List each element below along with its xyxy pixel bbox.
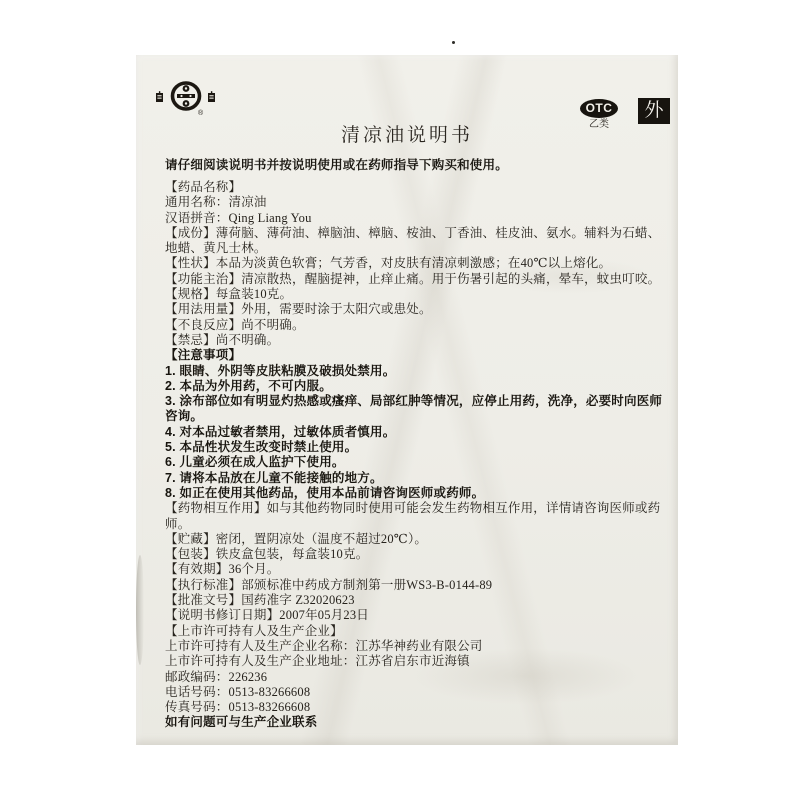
leaflet-title: 清凉油说明书 bbox=[136, 120, 678, 147]
doc-line-drug-name-header: 【药品名称】 bbox=[165, 180, 670, 195]
brand-seal-icon bbox=[152, 79, 222, 121]
doc-line-holder-address: 上市许可持有人及生产企业地址：江苏省启东市近海镇 bbox=[165, 654, 670, 669]
otc-badge: OTC bbox=[580, 99, 618, 118]
doc-line-holder-header: 【上市许可持有人及生产企业】 bbox=[165, 624, 670, 639]
doc-line-interactions-1: 【药物相互作用】如与其他药物同时使用可能会发生药物相互作用，详情请咨询医师或药 bbox=[165, 501, 670, 516]
doc-line-precaution-3-cont: 咨询。 bbox=[165, 409, 670, 424]
doc-line-generic-name: 通用名称：清凉油 bbox=[165, 195, 670, 210]
doc-line-revision-date: 【说明书修订日期】2007年05月23日 bbox=[165, 608, 670, 623]
photo-background: ® OTC 乙类 外 清凉油说明书 请仔细阅读说明书并按说明使用或在药师指导下购… bbox=[0, 0, 800, 800]
brand-seal-logo: ® bbox=[152, 79, 222, 121]
doc-line-postal-code: 邮政编码：226236 bbox=[165, 670, 670, 685]
doc-line-precaution-8: 8. 如正在使用其他药品，使用本品前请咨询医师或药师。 bbox=[165, 486, 670, 501]
doc-line-fax-number: 传真号码：0513-83266608 bbox=[165, 700, 670, 715]
doc-line-adverse-reactions: 【不良反应】尚不明确。 bbox=[165, 318, 670, 333]
read-instructions-notice: 请仔细阅读说明书并按说明使用或在药师指导下购买和使用。 bbox=[165, 155, 508, 173]
doc-line-contraindications: 【禁忌】尚不明确。 bbox=[165, 333, 670, 348]
doc-line-precaution-2: 2. 本品为外用药，不可内服。 bbox=[165, 379, 670, 394]
doc-line-holder-name: 上市许可持有人及生产企业名称：江苏华神药业有限公司 bbox=[165, 639, 670, 654]
doc-line-interactions-2: 师。 bbox=[165, 517, 670, 532]
doc-line-pinyin: 汉语拼音：Qing Liang You bbox=[165, 211, 670, 226]
doc-line-precaution-6: 6. 儿童必须在成人监护下使用。 bbox=[165, 455, 670, 470]
doc-line-precaution-1: 1. 眼睛、外阴等皮肤粘膜及破损处禁用。 bbox=[165, 364, 670, 379]
doc-line-indications: 【功能主治】清凉散热，醒脑提神，止痒止痛。用于伤暑引起的头痛，晕车，蚊虫叮咬。 bbox=[165, 272, 670, 287]
registered-trademark-mark: ® bbox=[198, 110, 203, 117]
doc-line-specification: 【规格】每盒装10克。 bbox=[165, 287, 670, 302]
doc-line-contact-note: 如有问题可与生产企业联系 bbox=[165, 715, 670, 730]
doc-line-dosage: 【用法用量】外用，需要时涂于太阳穴或患处。 bbox=[165, 302, 670, 317]
doc-line-precautions-header: 【注意事项】 bbox=[165, 348, 670, 363]
doc-line-shelf-life: 【有效期】36个月。 bbox=[165, 562, 670, 577]
doc-line-ingredients-2: 地蜡、黄凡士林。 bbox=[165, 241, 670, 256]
doc-line-phone-number: 电话号码：0513-83266608 bbox=[165, 685, 670, 700]
doc-line-description: 【性状】本品为淡黄色软膏；气芳香，对皮肤有清凉刺激感；在40℃以上熔化。 bbox=[165, 256, 670, 271]
leaflet-body: 【药品名称】 通用名称：清凉油 汉语拼音：Qing Liang You 【成份】… bbox=[165, 180, 670, 731]
doc-line-precaution-5: 5. 本品性状发生改变时禁止使用。 bbox=[165, 440, 670, 455]
doc-line-precaution-3: 3. 涂布部位如有明显灼热感或瘙痒、局部红肿等情况，应停止用药，洗净，必要时向医… bbox=[165, 394, 670, 409]
doc-line-packaging: 【包装】铁皮盒包装，每盒装10克。 bbox=[165, 547, 670, 562]
doc-line-approval-number: 【批准文号】国药准字 Z32020623 bbox=[165, 593, 670, 608]
doc-line-ingredients-1: 【成份】薄荷脑、薄荷油、樟脑油、樟脑、桉油、丁香油、桂皮油、氨水。辅料为石蜡、 bbox=[165, 226, 670, 241]
doc-line-precaution-7: 7. 请将本品放在儿童不能接触的地方。 bbox=[165, 471, 670, 486]
leaflet-paper: ® OTC 乙类 外 清凉油说明书 请仔细阅读说明书并按说明使用或在药师指导下购… bbox=[136, 55, 678, 745]
doc-line-storage: 【贮藏】密闭，置阴凉处（温度不超过20℃）。 bbox=[165, 532, 670, 547]
dust-speck bbox=[452, 41, 455, 44]
doc-line-standard: 【执行标准】部颁标准中药成方制剂第一册WS3-B-0144-89 bbox=[165, 578, 670, 593]
seal-center-emblem bbox=[173, 83, 200, 109]
seal-left-mark bbox=[156, 91, 163, 102]
doc-line-precaution-4: 4. 对本品过敏者禁用，过敏体质者慎用。 bbox=[165, 425, 670, 440]
paper-crease bbox=[136, 555, 144, 665]
seal-right-mark bbox=[208, 91, 215, 102]
